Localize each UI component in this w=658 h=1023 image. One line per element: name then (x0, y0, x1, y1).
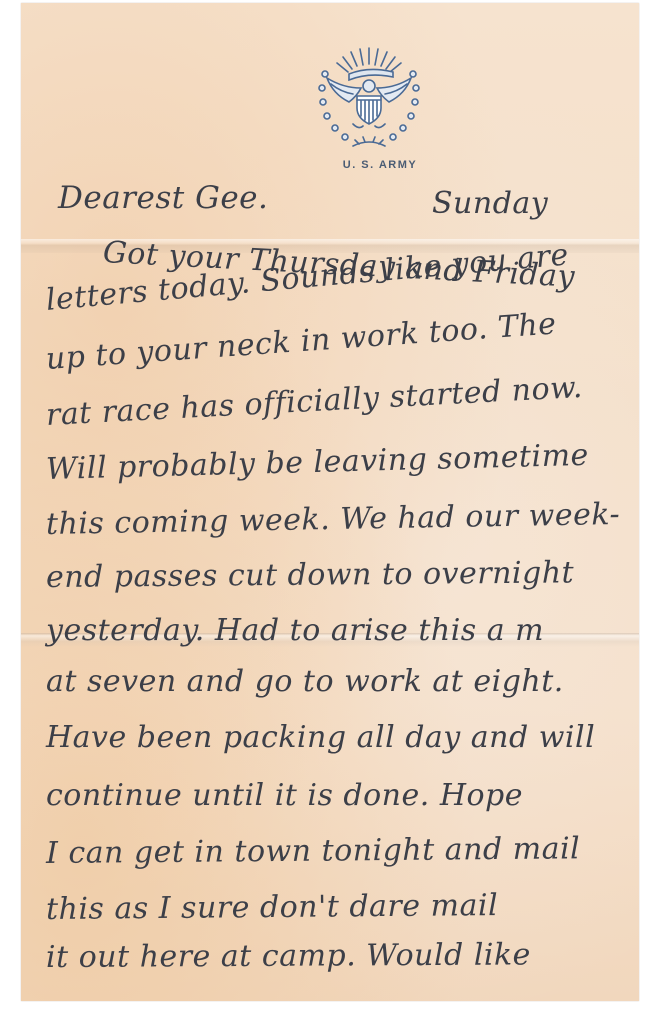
body-line: continue until it is done. Hope (46, 778, 523, 813)
body-line: Have been packing all day and will (46, 720, 595, 755)
dateline: Sunday (432, 186, 548, 221)
body-line: yesterday. Had to arise this a m (46, 613, 544, 648)
letterhead-caption: U. S. ARMY (300, 159, 460, 171)
body-line: it out here at camp. Would like (46, 937, 531, 975)
body-line: I can get in town tonight and mail (46, 831, 581, 871)
body-line: end passes cut down to overnight (46, 555, 574, 595)
body-line: this as I sure don't dare mail (46, 888, 498, 927)
body-line: at seven and go to work at eight. (46, 664, 564, 699)
eagle-crest-icon (313, 44, 425, 154)
salutation: Dearest Gee. (58, 180, 268, 216)
